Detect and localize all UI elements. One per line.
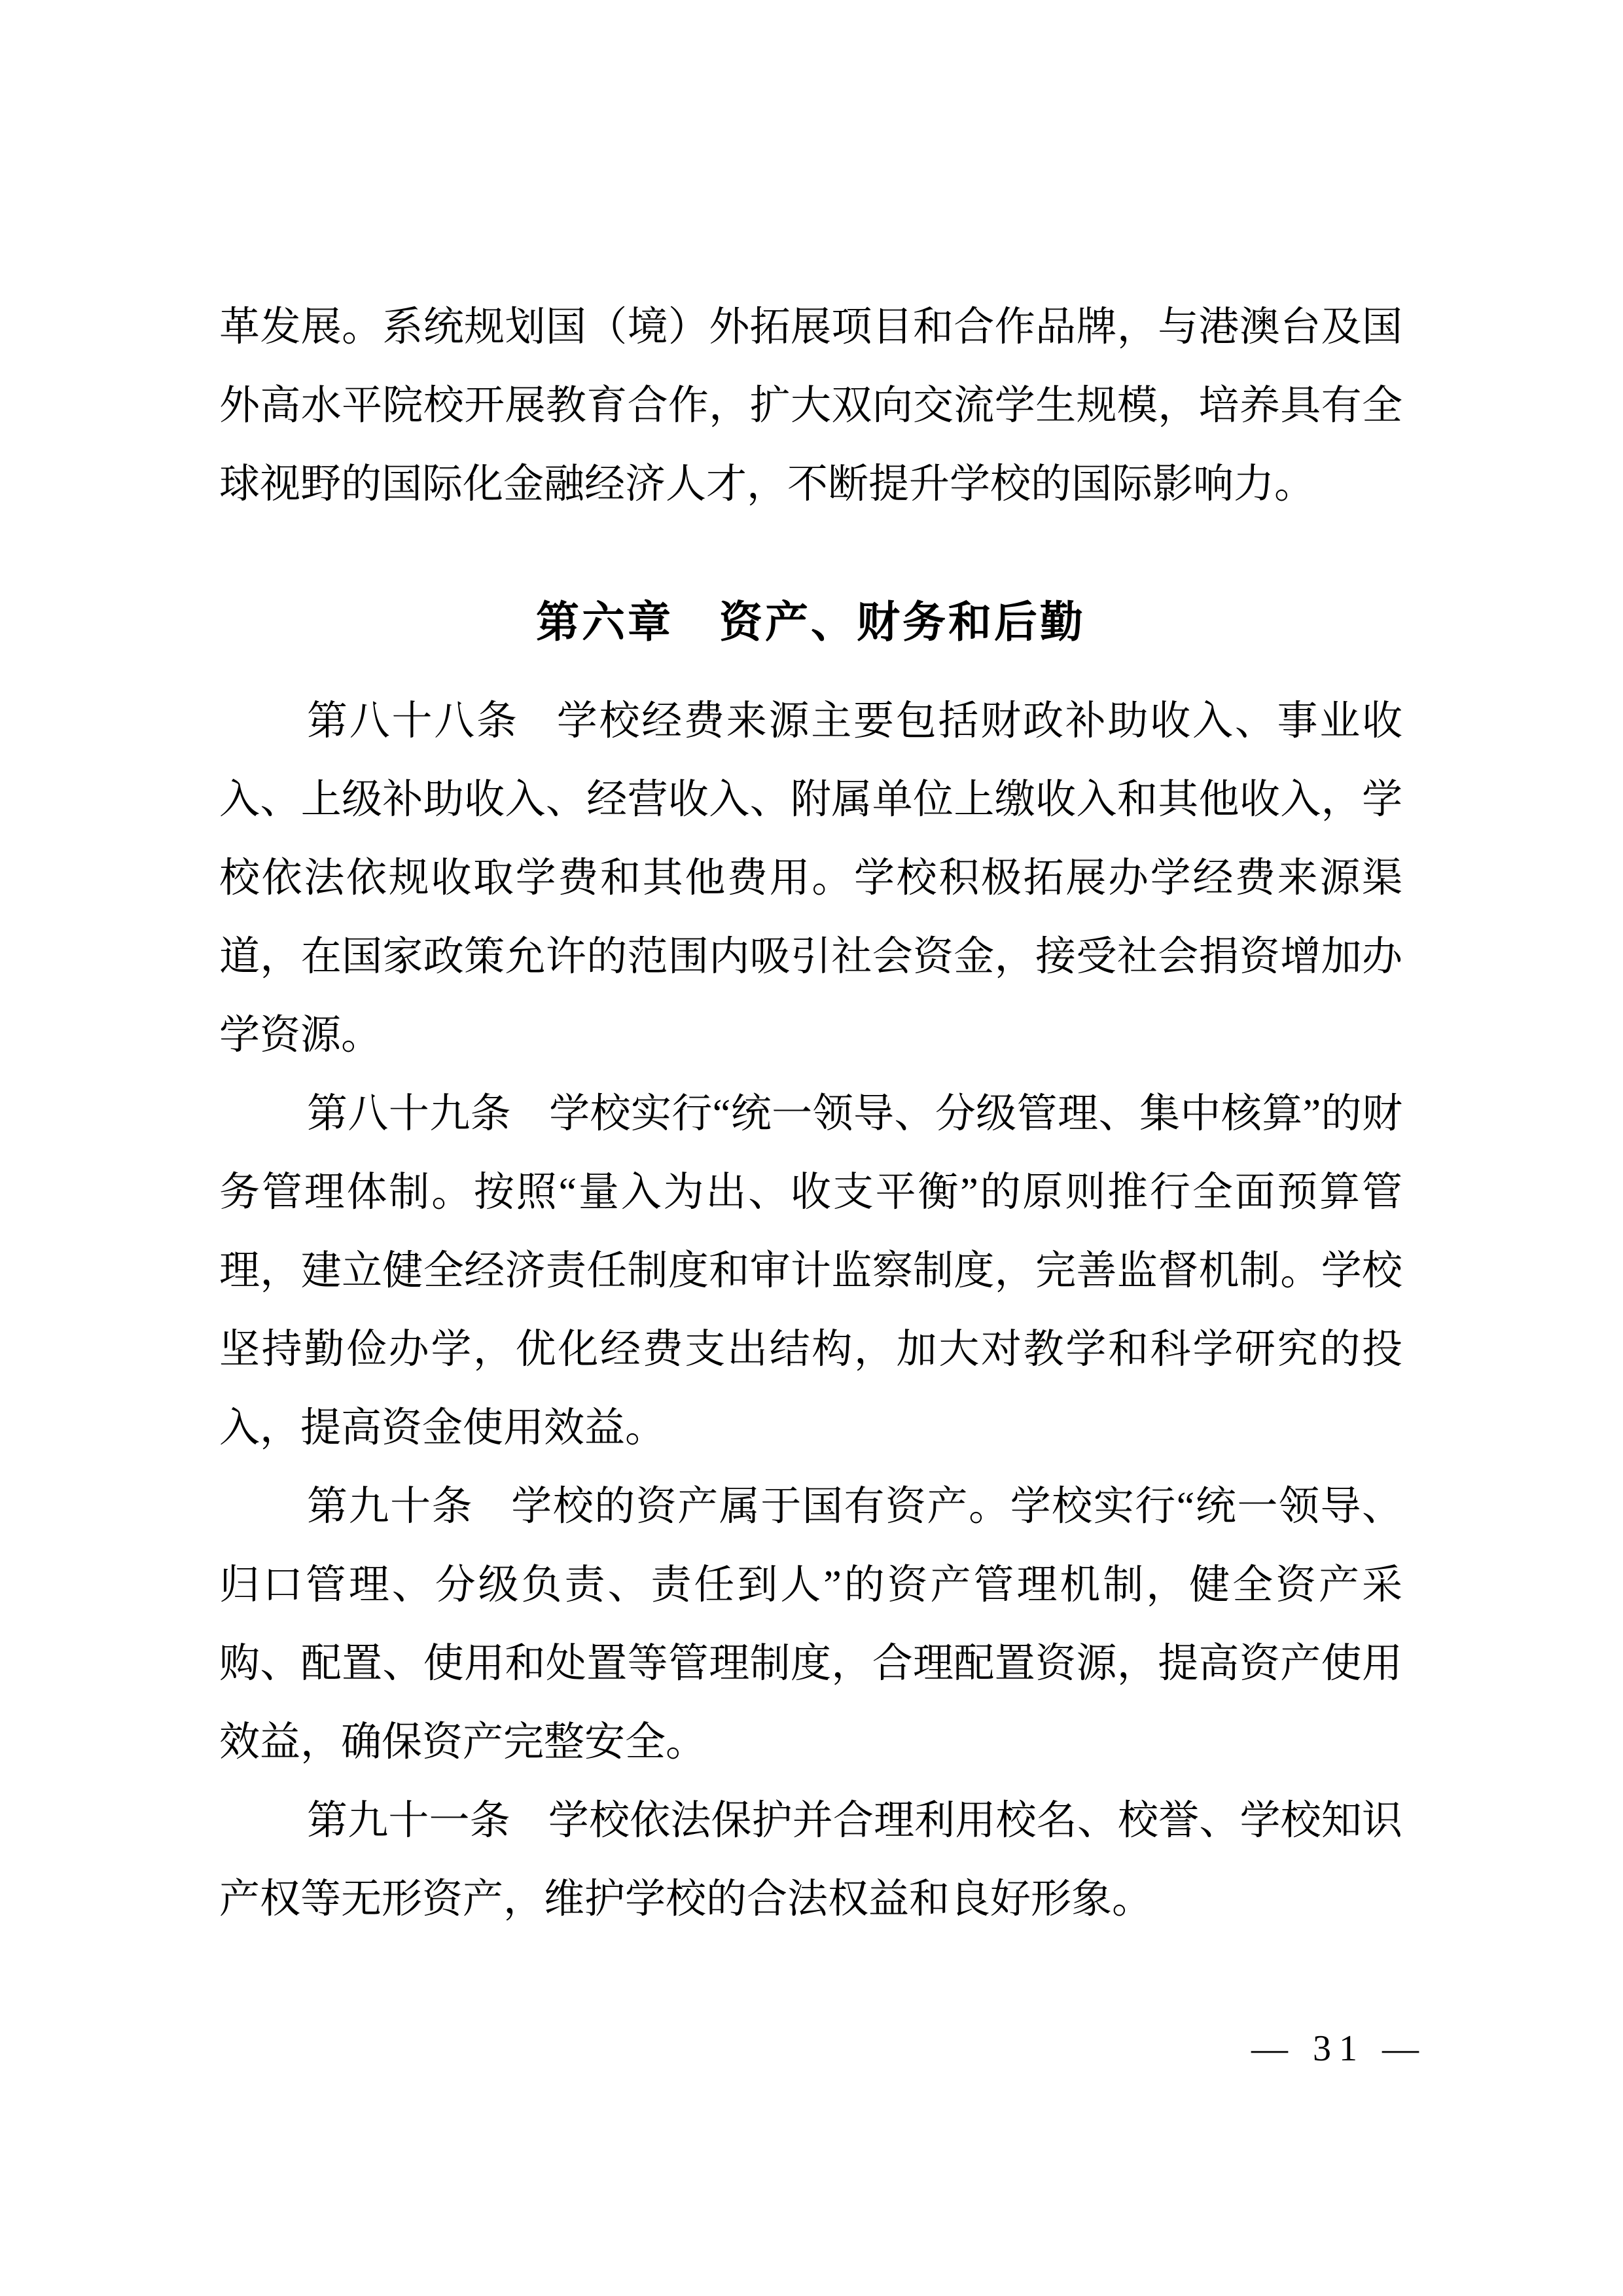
article-89-number: 第八十九条 — [307, 1092, 511, 1136]
chapter-heading: 第六章 资产、财务和后勤 — [219, 581, 1402, 662]
article-89-paragraph: 第八十九条学校实行“统一领导、分级管理、集中核算”的财务管理体制。按照“量入为出… — [219, 1075, 1402, 1467]
article-90-paragraph: 第九十条学校的资产属于国有资产。学校实行“统一领导、归口管理、分级负责、责任到人… — [219, 1467, 1402, 1782]
article-91-paragraph: 第九十一条学校依法保护并合理利用校名、校誉、学校知识产权等无形资产，维护学校的合… — [219, 1782, 1402, 1939]
page-content: 革发展。系统规划国（境）外拓展项目和合作品牌，与港澳台及国外高水平院校开展教育合… — [219, 288, 1402, 1939]
article-89-text: 学校实行“统一领导、分级管理、集中核算”的财务管理体制。按照“量入为出、收支平衡… — [219, 1092, 1402, 1450]
document-page: 革发展。系统规划国（境）外拓展项目和合作品牌，与港澳台及国外高水平院校开展教育合… — [0, 0, 1623, 2296]
article-90-number: 第九十条 — [307, 1484, 473, 1529]
article-88-number: 第八十八条 — [307, 699, 519, 744]
continuation-paragraph: 革发展。系统规划国（境）外拓展项目和合作品牌，与港澳台及国外高水平院校开展教育合… — [219, 288, 1402, 524]
article-88-paragraph: 第八十八条学校经费来源主要包括财政补助收入、事业收入、上级补助收入、经营收入、附… — [219, 682, 1402, 1075]
article-88-text: 学校经费来源主要包括财政补助收入、事业收入、上级补助收入、经营收入、附属单位上缴… — [219, 699, 1402, 1058]
article-91-number: 第九十一条 — [307, 1799, 510, 1843]
page-number: — 31 — — [1251, 2026, 1427, 2072]
